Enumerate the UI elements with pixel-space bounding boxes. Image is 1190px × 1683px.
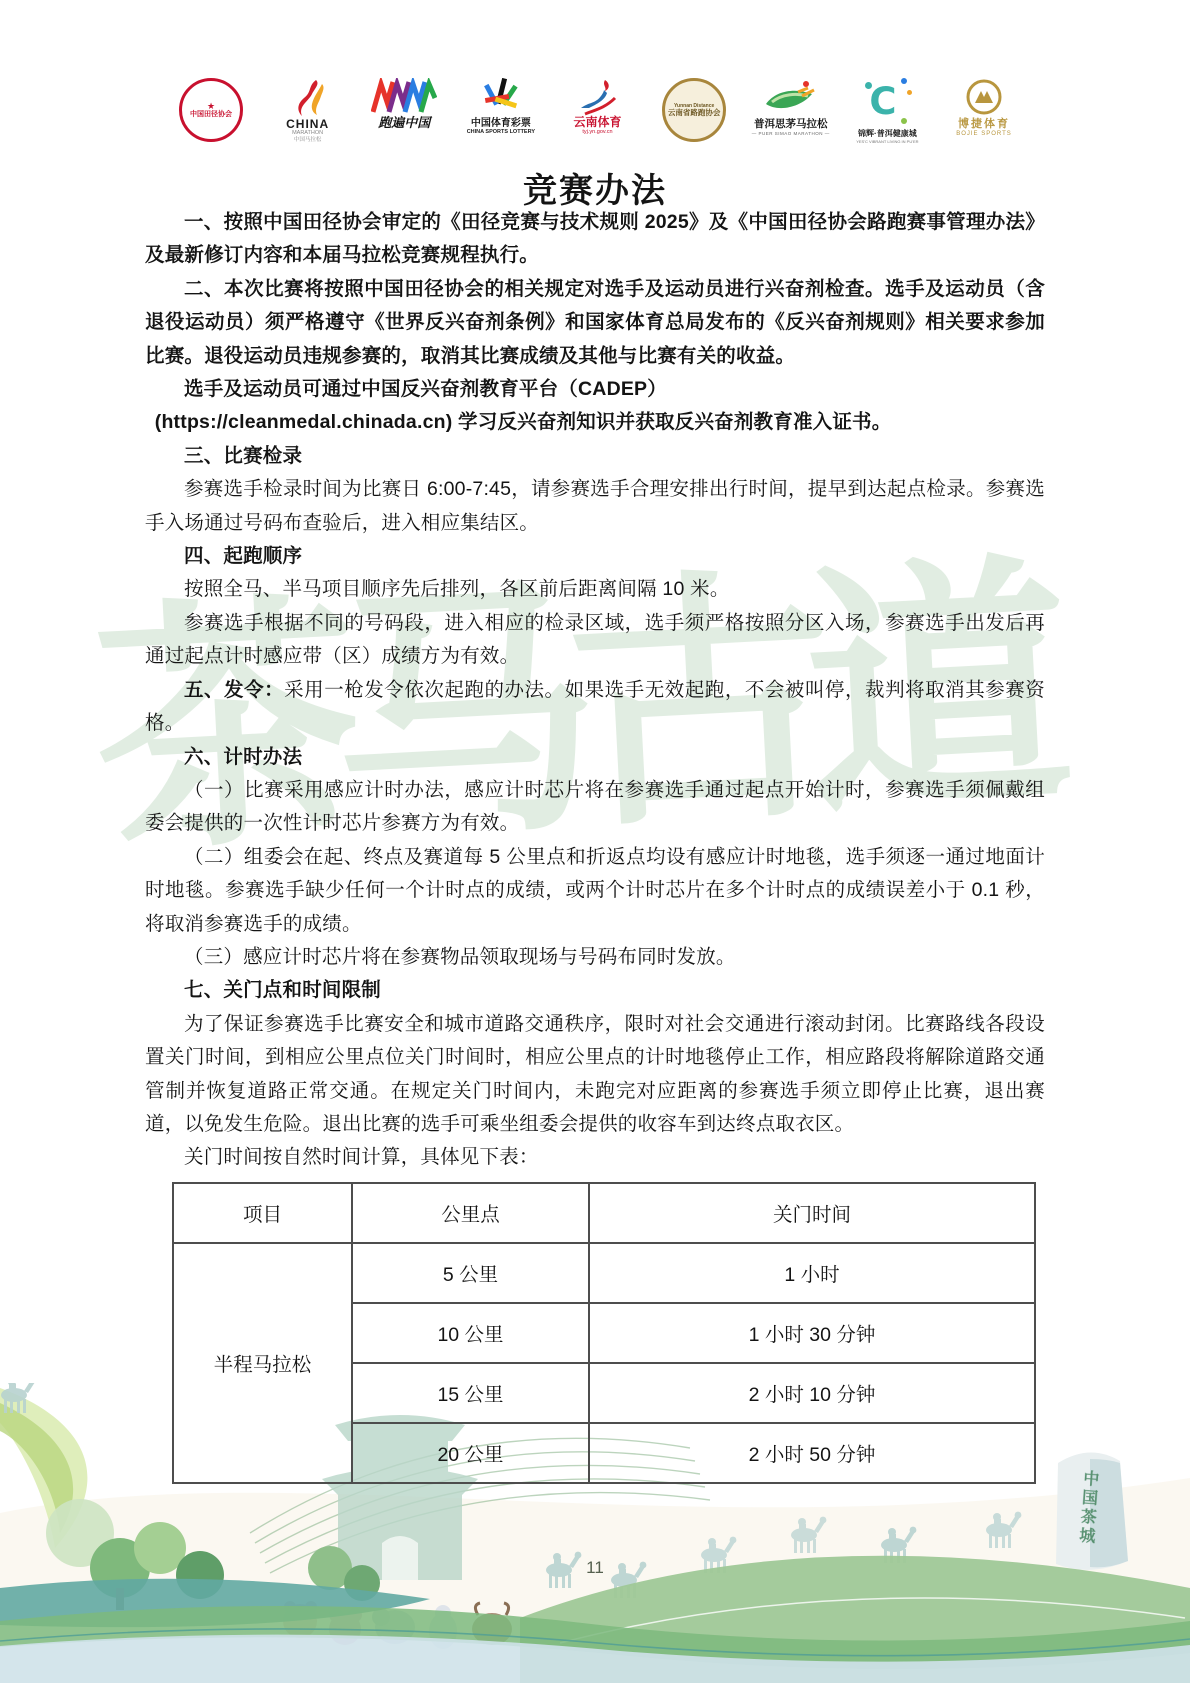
star-icon: ★ xyxy=(207,102,215,111)
logo-run-china: 跑遍中国 xyxy=(358,78,450,129)
lottery-sticks-icon xyxy=(479,78,523,118)
gold-emblem-icon xyxy=(963,78,1005,118)
km-cell: 10 公里 xyxy=(352,1303,589,1363)
time-cell: 2 小时 50 分钟 xyxy=(589,1423,1035,1483)
paragraph: 为了保证参赛选手比赛安全和城市道路交通秩序，限时对社会交通进行滚动封闭。比赛路线… xyxy=(145,1008,1045,1142)
logo-chinese-athletics-association: ★ 中国田径协会 xyxy=(165,78,257,142)
km-cell: 15 公里 xyxy=(352,1363,589,1423)
page-title: 竞赛办法 xyxy=(0,163,1190,212)
km-cell: 20 公里 xyxy=(352,1423,589,1483)
table-header-row: 项目 公里点 关门时间 xyxy=(173,1183,1035,1243)
time-cell: 2 小时 10 分钟 xyxy=(589,1363,1035,1423)
paragraph: 六、计时办法 xyxy=(145,741,1045,774)
table-row: 半程马拉松 5 公里 1 小时 xyxy=(173,1243,1035,1303)
logo-china-sports-lottery: 中国体育彩票 CHINA SPORTS LOTTERY xyxy=(455,78,547,135)
paragraph: 一、按照中国田径协会审定的《田径竞赛与技术规则 2025》及《中国田径协会路跑赛… xyxy=(145,206,1045,273)
col-header-cutoff-time: 关门时间 xyxy=(589,1183,1035,1243)
paragraph: 三、比赛检录 xyxy=(145,440,1045,473)
paragraph: 四、起跑顺序 xyxy=(145,540,1045,573)
zigzag-icon xyxy=(371,78,437,116)
logo-puer-health-city: C 锦辉·普洱健康城 YES'C VIBRANT LIVING IN PU'ER xyxy=(841,78,933,144)
page-number: 11 xyxy=(0,1558,1190,1578)
logo-puer-simao-marathon: 普洱思茅马拉松 — PUER SIMAO MARATHON — xyxy=(745,78,837,136)
document-body: 一、按照中国田径协会审定的《田径竞赛与技术规则 2025》及《中国田径协会路跑赛… xyxy=(145,206,1045,1484)
paragraph: (https://cleanmedal.chinada.cn) 学习反兴奋剂知识… xyxy=(145,406,1045,439)
paragraph: 关门时间按自然时间计算，具体见下表： xyxy=(145,1141,1045,1174)
paragraph: 五、发令：采用一枪发令依次起跑的办法。如果选手无效起跑，不会被叫停，裁判将取消其… xyxy=(145,674,1045,741)
time-cell: 1 小时 30 分钟 xyxy=(589,1303,1035,1363)
paragraph: 参赛选手根据不同的号码段，进入相应的检录区域，选手须严格按照分区入场，参赛选手出… xyxy=(145,607,1045,674)
time-cell: 1 小时 xyxy=(589,1243,1035,1303)
teal-c-icon: C xyxy=(861,78,913,128)
paragraph: （三）感应计时芯片将在参赛物品领取现场与号码布同时发放。 xyxy=(145,941,1045,974)
logo-yunnan-sports: 云南体育 tyj.yn.gov.cn xyxy=(552,78,644,135)
paragraph: 七、关门点和时间限制 xyxy=(145,974,1045,1007)
logo-china-marathon: CHINA MARATHON 中国马拉松 xyxy=(262,78,354,144)
cutoff-time-table: 项目 公里点 关门时间 半程马拉松 5 公里 1 小时 10 公里 1 小时 3… xyxy=(172,1182,1036,1484)
col-header-event: 项目 xyxy=(173,1183,352,1243)
gold-seal-icon: Yunnan Distance 云南省路跑协会 xyxy=(662,78,726,142)
athletics-seal-icon: ★ 中国田径协会 xyxy=(179,78,243,142)
document-page: 茶马古道 ★ 中国田径协会 CHINA MARATHON 中国马拉松 xyxy=(0,0,1190,1683)
paragraph: （二）组委会在起、终点及赛道每 5 公里点和折返点均设有感应计时地毯，选手须逐一… xyxy=(145,841,1045,941)
km-cell: 5 公里 xyxy=(352,1243,589,1303)
event-group-cell: 半程马拉松 xyxy=(173,1243,352,1483)
leaf-runner-icon xyxy=(762,78,820,118)
paragraph: 参赛选手检录时间为比赛日 6:00-7:45，请参赛选手合理安排出行时间，提早到… xyxy=(145,473,1045,540)
logo-yunnan-distance-running-assoc: Yunnan Distance 云南省路跑协会 xyxy=(648,78,740,142)
sponsor-logo-strip: ★ 中国田径协会 CHINA MARATHON 中国马拉松 跑遍中国 xyxy=(165,78,1030,164)
runner-swoosh-icon xyxy=(286,78,330,118)
col-header-km-point: 公里点 xyxy=(352,1183,589,1243)
paragraph: 选手及运动员可通过中国反兴奋剂教育平台（CADEP） xyxy=(145,373,1045,406)
paragraph: 二、本次比赛将按照中国田径协会的相关规定对选手及运动员进行兴奋剂检查。选手及运动… xyxy=(145,273,1045,373)
body-paragraphs: 一、按照中国田径协会审定的《田径竞赛与技术规则 2025》及《中国田径协会路跑赛… xyxy=(145,206,1045,1175)
logo-bojie-sports: 博捷体育 BOJIE SPORTS xyxy=(938,78,1030,137)
paragraph: （一）比赛采用感应计时办法，感应计时芯片将在参赛选手通过起点开始计时，参赛选手须… xyxy=(145,774,1045,841)
paragraph: 按照全马、半马项目顺序先后排列，各区前后距离间隔 10 米。 xyxy=(145,573,1045,606)
torch-runner-icon xyxy=(575,78,621,116)
